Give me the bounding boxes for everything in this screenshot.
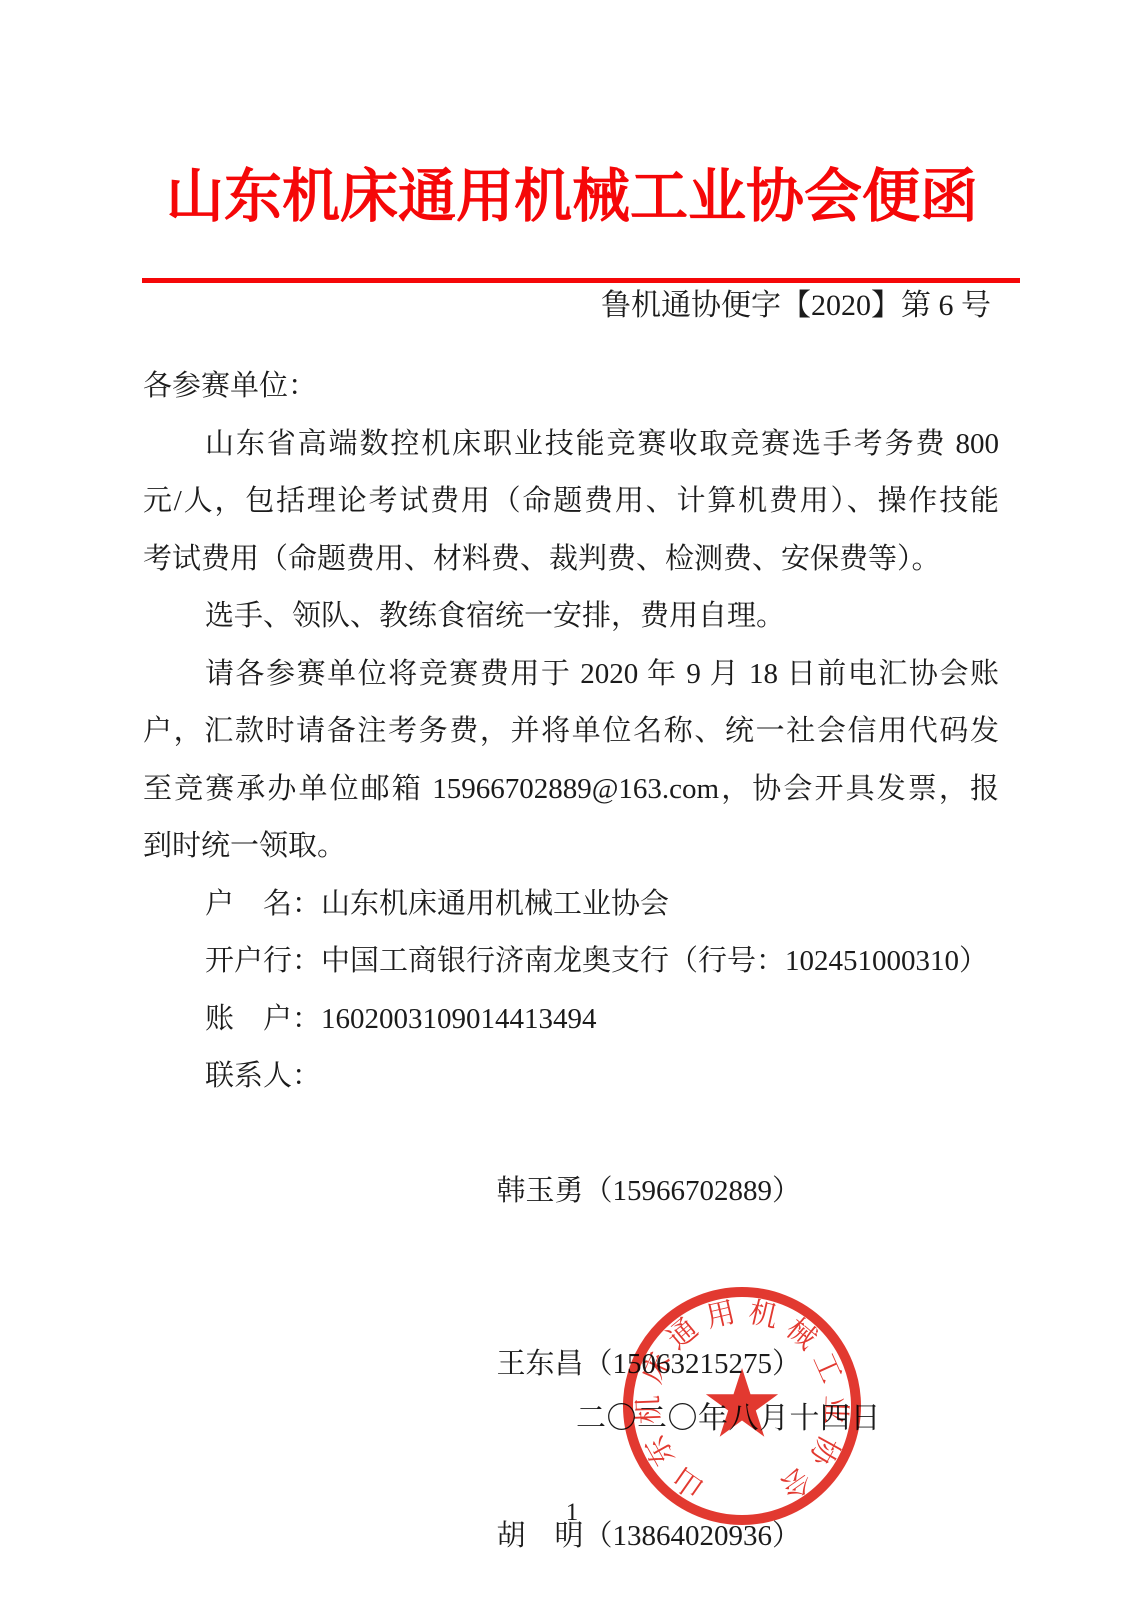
contacts-label: 联系人： (205, 1048, 321, 1106)
contact-row: 联系人： 韩玉勇（15966702889） (143, 1048, 999, 1278)
salutation-line: 各参赛单位： (143, 358, 999, 416)
red-star-icon (706, 1368, 778, 1437)
letter-page: 山东机床通用机械工业协会便函 鲁机通协便字【2020】第 6 号 各参赛单位： … (0, 0, 1144, 1619)
page-title: 山东机床通用机械工业协会便函 (0, 166, 1144, 228)
stamp-char: 机 (632, 1395, 666, 1425)
stamp-char: 业 (818, 1395, 852, 1425)
body-line: 山东省高端数控机床职业技能竞赛收取竞赛选手考务费 800 (143, 416, 999, 474)
stamp-char: 用 (703, 1297, 738, 1335)
body-line: 至竞赛承办单位邮箱 15966702889@163.com，协会开具发票，报 (143, 761, 999, 819)
body-line: 元/人，包括理论考试费用（命题费用、计算机费用）、操作技能 (143, 473, 999, 531)
body-line: 考试费用（命题费用、材料费、裁判费、检测费、安保费等）。 (143, 531, 999, 589)
stamp-char: 机 (745, 1296, 781, 1335)
body-line: 户，汇款时请备注考务费，并将单位名称、统一社会信用代码发 (143, 703, 999, 761)
body-line: 到时统一领取。 (143, 818, 999, 876)
body-line: 请各参赛单位将竞赛费用于 2020 年 9 月 18 日前电汇协会账 (143, 646, 999, 704)
account-holder-line: 户 名：山东机床通用机械工业协会 (143, 876, 999, 934)
page-number: 1 (0, 1498, 1144, 1528)
account-number-line: 账 户：1602003109014413494 (143, 991, 999, 1049)
title-divider-rule (142, 278, 1020, 283)
contact-person: 韩玉勇（15966702889） (497, 1163, 802, 1221)
bank-branch-line: 开户行：中国工商银行济南龙奥支行（行号：102451000310） (143, 933, 999, 991)
reference-number: 鲁机通协便字【2020】第 6 号 (142, 288, 991, 324)
body-line: 选手、领队、教练食宿统一安排，费用自理。 (143, 588, 999, 646)
official-seal-stamp: 山 东 机 床 通 用 机 械 工 业 协 会 (612, 1276, 872, 1536)
